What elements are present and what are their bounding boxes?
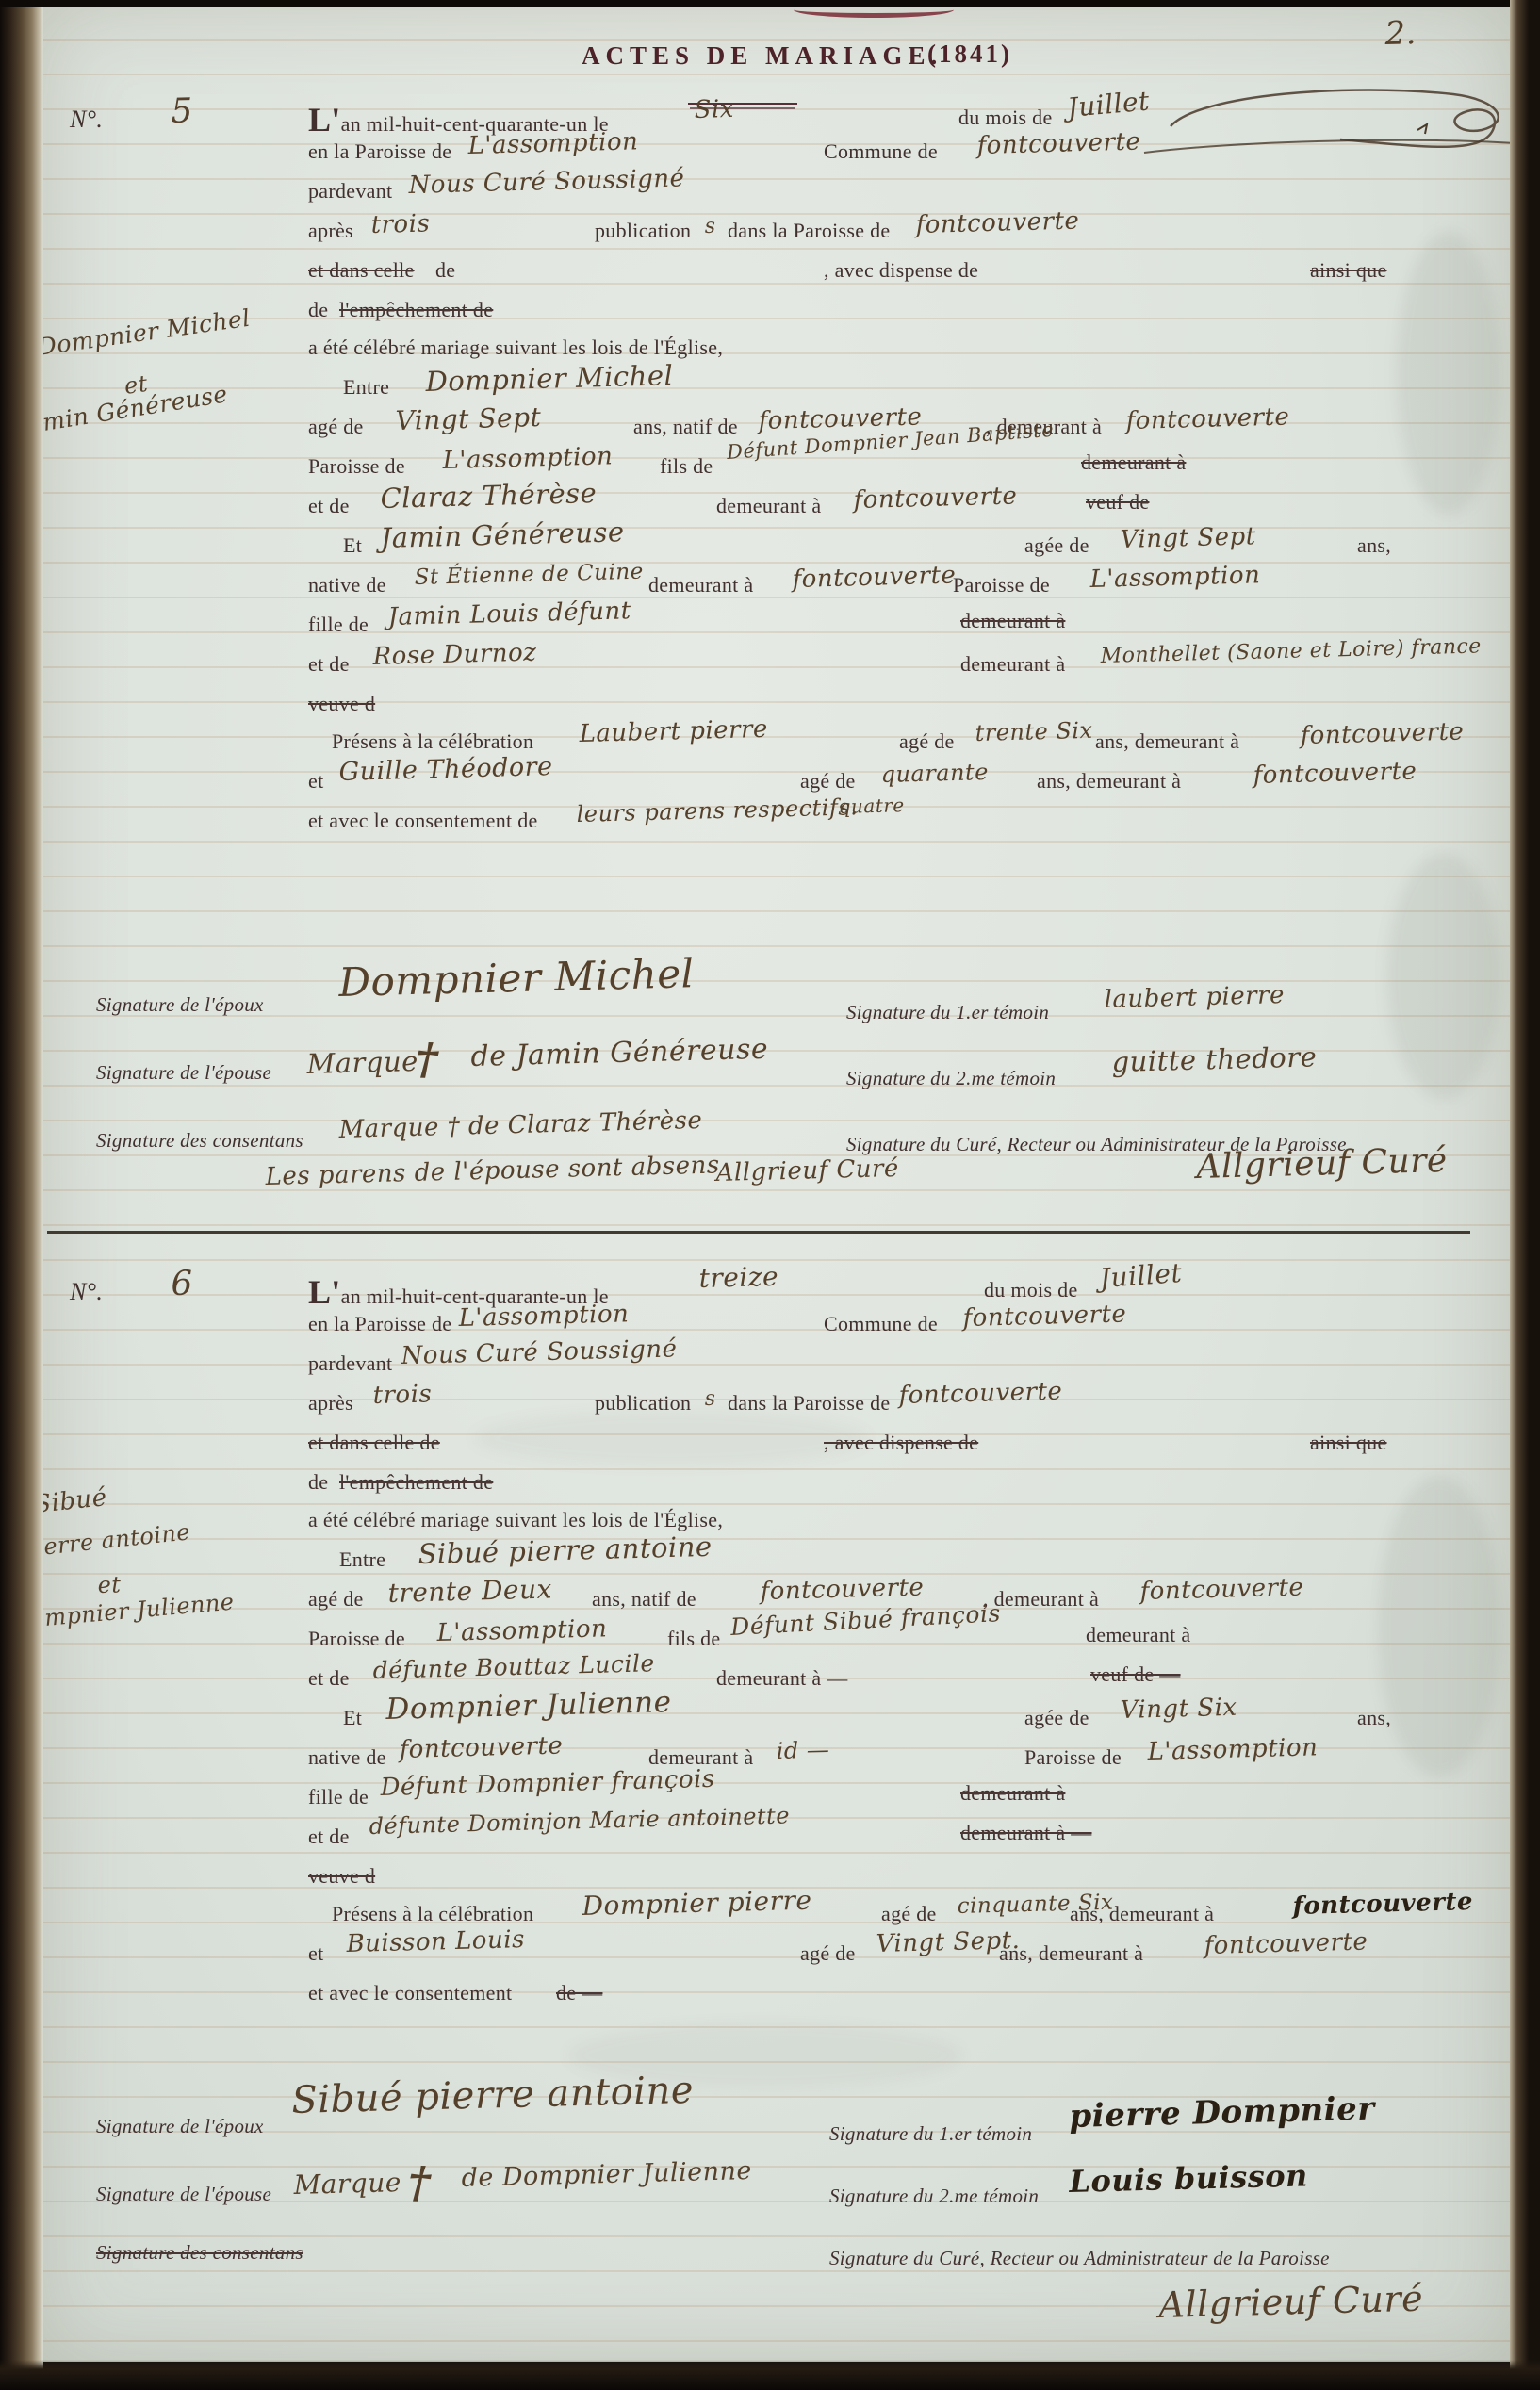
form-label-struck: veuf de — [1086, 490, 1149, 515]
handwritten-entry: id — — [776, 1737, 829, 1764]
handwritten-entry: L'assomption — [436, 1614, 607, 1647]
form-label: agé de — [899, 729, 955, 754]
bride-mark-label: Marque — [293, 2167, 401, 2201]
form-label: ans, — [1357, 533, 1391, 558]
form-label: pardevant — [308, 1351, 392, 1376]
form-label-struck: l'empêchement de — [339, 1470, 493, 1495]
handwritten-entry: Jamin Généreuse — [380, 516, 625, 554]
handwritten-entry: treize — [698, 1261, 778, 1294]
form-label: de — [308, 298, 328, 322]
record-number-label: N°. — [70, 1278, 103, 1306]
groom-signature: Sibué pierre antoine — [291, 2069, 695, 2122]
form-label: Paroisse de — [1024, 1745, 1122, 1770]
paraph-flourish-icon — [1142, 81, 1519, 166]
handwritten-entry: fontcouverte — [962, 1300, 1127, 1333]
page-top-edge — [0, 0, 1540, 7]
handwritten-entry: trois — [370, 209, 430, 239]
witness2-signature: guitte thedore — [1111, 1040, 1318, 1078]
form-label: Paroisse de — [308, 454, 405, 479]
handwritten-entry: Monthellet (Saone et Loire) france — [1100, 634, 1482, 668]
form-label: ans, demeurant à — [1070, 1902, 1214, 1926]
form-label: agé de — [308, 1587, 364, 1612]
form-label: Signature du 1.er témoin — [846, 1001, 1049, 1024]
handwritten-entry: défunte Bouttaz Lucile — [372, 1649, 655, 1684]
form-label: agé de — [800, 769, 856, 794]
form-label: et de — [308, 652, 350, 677]
handwritten-entry: St Étienne de Cuine — [414, 560, 644, 590]
form-label-struck: ainsi que — [1310, 1431, 1387, 1455]
cure-signature: Allgrieuf Curé — [1196, 1141, 1448, 1187]
handwritten-entry: Vingt Sept — [1120, 522, 1256, 554]
form-label-struck: veuve d — [308, 692, 375, 716]
form-label: , avec dispense de — [824, 258, 978, 283]
form-label-struck: de — — [556, 1981, 602, 2005]
bride-mark-label: Marque — [306, 1045, 418, 1080]
form-label: ans, natif de — [592, 1587, 696, 1612]
form-label: publication — [595, 219, 691, 243]
handwritten-entry: fontcouverte — [1204, 1927, 1368, 1960]
page-bottom-edge — [0, 2360, 1540, 2390]
form-label: agé de — [308, 415, 364, 439]
form-label: et avec le consentement de — [308, 809, 538, 833]
handwritten-entry: Buisson Louis — [346, 1925, 525, 1958]
margin-note: pierre antoine — [20, 1518, 191, 1563]
form-label: Signature du 2.me témoin — [846, 1067, 1056, 1090]
form-label: et — [308, 1941, 323, 1966]
bride-signature: de Jamin Généreuse — [470, 1033, 768, 1073]
form-label: ans, demeurant à — [999, 1941, 1143, 1966]
form-label-struck: demeurant à — [960, 1781, 1065, 1806]
form-label: après — [308, 1391, 353, 1416]
form-label: dans la Paroisse de — [728, 1391, 891, 1416]
handwritten-entry: Laubert pierre — [579, 715, 768, 748]
form-label: fille de — [308, 1785, 369, 1809]
form-label: demeurant à — — [716, 1666, 848, 1691]
handwritten-entry: Six — [694, 95, 734, 124]
witness1-signature: laubert pierre — [1104, 981, 1285, 1014]
form-label: Signature de l'épouse — [96, 2183, 271, 2206]
handwritten-entry: L'assomption — [1147, 1733, 1318, 1766]
form-label-struck: veuve d — [308, 1864, 375, 1889]
handwritten-entry: L'assomption — [1089, 561, 1260, 594]
bleed-through-smudge — [473, 1410, 869, 1466]
cross-mark-icon: † — [407, 2156, 432, 2208]
record-number-label: N°. — [70, 106, 103, 134]
form-label: Commune de — [824, 1312, 938, 1336]
handwritten-entry: L'assomption — [458, 1300, 629, 1333]
handwritten-entry: s — [704, 1387, 715, 1411]
handwritten-entry: fontcouverte — [1292, 1888, 1473, 1921]
form-label-struck: demeurant à — [1081, 450, 1186, 475]
bleed-through-smudge — [1397, 232, 1500, 515]
form-label: demeurant à — [648, 573, 753, 597]
form-label: demeurant à — [1086, 1623, 1190, 1647]
paper: ACTES DE MARIAGE. (1841) 2. N°. 5 Dompni… — [40, 6, 1512, 2362]
form-label-struck: demeurant à — [960, 609, 1065, 633]
form-label: et avec le consentement — [308, 1981, 512, 2005]
handwritten-entry: Jamin Louis défunt — [387, 597, 631, 631]
margin-note: Sibué — [33, 1483, 108, 1519]
form-label-struck: Signature des consentans — [96, 2241, 303, 2265]
bleed-through-smudge — [1378, 1476, 1500, 1777]
form-label: Paroisse de — [953, 573, 1050, 597]
handwritten-note: Les parens de l'épouse sont absens — [265, 1151, 720, 1191]
form-label: demeurant à — [960, 652, 1065, 677]
form-label: Et — [343, 1706, 362, 1730]
form-label: de — [435, 258, 455, 283]
form-label-struck: l'empêchement de — [339, 298, 493, 322]
handwritten-entry: fontcouverte — [915, 206, 1080, 239]
handwritten-entry: Vingt Sept — [395, 401, 542, 436]
form-label: native de — [308, 1745, 386, 1770]
page-title: ACTES DE MARIAGE. — [582, 41, 942, 71]
form-label-struck: et dans celle — [308, 258, 415, 283]
handwritten-entry: quarante — [880, 759, 989, 788]
witness1-signature: pierre Dompnier — [1069, 2090, 1375, 2136]
handwritten-entry: fontcouverte — [792, 561, 957, 594]
page-number: 2. — [1384, 14, 1417, 53]
form-label: fille de — [308, 613, 369, 637]
form-label: du mois de — [984, 1278, 1078, 1302]
record-number-value: 6 — [171, 1264, 193, 1303]
handwritten-entry: fontcouverte — [853, 482, 1018, 515]
form-label: fils de — [667, 1627, 720, 1651]
form-label: Signature de l'époux — [96, 2115, 264, 2138]
handwritten-entry: s — [704, 215, 715, 238]
form-label: agé de — [800, 1941, 856, 1966]
form-label: et de — [308, 1666, 350, 1691]
form-label: a été célébré mariage suivant les lois d… — [308, 1508, 723, 1532]
witness2-signature: Louis buisson — [1069, 2157, 1308, 2200]
handwritten-entry: fontcouverte — [898, 1377, 1063, 1410]
form-label: dans la Paroisse de — [728, 219, 891, 243]
form-label-struck: ainsi que — [1310, 258, 1387, 283]
scanned-register-page: ACTES DE MARIAGE. (1841) 2. N°. 5 Dompni… — [0, 0, 1540, 2390]
handwritten-entry: fontcouverte — [1125, 402, 1290, 435]
form-label: publication — [595, 1391, 691, 1416]
handwritten-entry: Guille Théodore — [338, 752, 553, 787]
groom-signature: Dompnier Michel — [338, 950, 695, 1006]
handwritten-entry: défunte Dominjon Marie antoinette — [369, 1802, 790, 1840]
handwritten-entry: fontcouverte — [1253, 757, 1417, 790]
form-label: après — [308, 219, 353, 243]
handwritten-entry: Défunt Dompnier françois — [380, 1765, 715, 1802]
handwritten-entry: Dompnier Julienne — [385, 1685, 672, 1727]
form-label: de — [308, 1470, 328, 1495]
handwritten-entry: Sibué pierre antoine — [418, 1531, 713, 1570]
form-label: en la Paroisse de — [308, 139, 451, 164]
page-year: (1841) — [927, 40, 1012, 69]
form-label: et — [308, 769, 323, 794]
handwritten-entry: Claraz Thérèse — [380, 477, 597, 515]
handwritten-entry: Nous Curé Soussigné — [401, 1334, 678, 1370]
form-label: Signature du Curé, Recteur ou Administra… — [829, 2247, 1330, 2270]
form-label: Paroisse de — [308, 1627, 405, 1651]
form-label: Signature du 2.me témoin — [829, 2185, 1039, 2208]
form-label: en la Paroisse de — [308, 1312, 451, 1336]
handwritten-entry: fontcouverte — [1300, 717, 1465, 750]
form-label-struck: veuf de — — [1090, 1662, 1181, 1687]
form-label-struck: et dans celle de — [308, 1431, 440, 1455]
form-label-struck: demeurant à — — [960, 1821, 1092, 1845]
form-label-struck: , avec dispense de — [824, 1431, 978, 1455]
form-label: Entre — [343, 375, 389, 400]
form-label: native de — [308, 573, 386, 597]
cure-signature-small: Allgrieuf Curé — [715, 1154, 899, 1187]
form-label: agée de — [1024, 1706, 1089, 1730]
handwritten-entry: trois — [372, 1380, 432, 1410]
handwritten-entry: L'assomption — [442, 442, 613, 475]
bride-signature: de Dompnier Julienne — [461, 2156, 752, 2193]
form-label: Signature de l'époux — [96, 993, 264, 1017]
form-label: Signature de l'épouse — [96, 1061, 271, 1085]
record-number-value: 5 — [171, 91, 193, 131]
handwritten-entry: Dompnier Michel — [425, 359, 674, 398]
form-label: Présens à la célébration — [332, 729, 533, 754]
form-label: agé de — [881, 1902, 937, 1926]
handwritten-entry: leurs parens respectifs. — [576, 794, 858, 827]
consent-signature: Marque † de Claraz Thérèse — [338, 1106, 702, 1144]
handwritten-entry: Juillet — [1099, 1257, 1184, 1294]
form-label: agée de — [1024, 533, 1089, 558]
form-label: Et — [343, 533, 362, 558]
handwritten-entry: Nous Curé Soussigné — [408, 164, 685, 200]
margin-note: et — [97, 1571, 122, 1598]
handwritten-entry: Juillet — [1066, 86, 1151, 123]
record-divider — [47, 1231, 1470, 1234]
form-label: demeurant à — [716, 494, 821, 518]
form-label: et de — [308, 1825, 350, 1849]
handwritten-entry: fontcouverte — [976, 127, 1141, 160]
form-label: du mois de — [958, 106, 1053, 130]
form-label: a été célébré mariage suivant les lois d… — [308, 336, 723, 360]
form-label: Entre — [339, 1547, 385, 1572]
cross-mark-icon: † — [415, 1033, 439, 1085]
margin-note: Dompnier Julienne — [11, 1588, 236, 1634]
handwritten-entry: L'assomption — [467, 127, 638, 160]
handwritten-entry: Vingt Six — [1120, 1694, 1237, 1725]
handwritten-entry: fontcouverte — [399, 1731, 564, 1764]
handwritten-entry: fontcouverte — [760, 1573, 925, 1606]
form-label: pardevant — [308, 179, 392, 204]
form-label: ans, demeurant à — [1037, 769, 1181, 794]
form-label: Présens à la célébration — [332, 1902, 533, 1926]
margin-note: Dompnier Michel — [36, 304, 252, 361]
form-label: et de — [308, 494, 350, 518]
page-right-edge — [1510, 0, 1540, 2390]
margin-note: Jamin Généreuse — [16, 380, 229, 440]
handwritten-entry: trente Six — [975, 717, 1093, 746]
form-label: fils de — [660, 454, 713, 479]
handwritten-entry: Dompnier pierre — [582, 1885, 812, 1922]
form-label: Commune de — [824, 139, 938, 164]
handwritten-entry: Rose Durnoz — [372, 638, 537, 671]
book-binding — [0, 0, 43, 2390]
form-label: Signature du 1.er témoin — [829, 2122, 1032, 2146]
form-label: ans, natif de — [633, 415, 738, 439]
bleed-through-smudge — [1387, 854, 1500, 1099]
handwritten-entry: trente Deux — [387, 1573, 552, 1609]
form-label: ans, — [1357, 1706, 1391, 1730]
cure-signature: Allgrieuf Curé — [1158, 2278, 1424, 2326]
form-label: Signature des consentans — [96, 1129, 303, 1153]
handwritten-entry: fontcouverte — [1139, 1573, 1304, 1606]
form-label: ans, demeurant à — [1095, 729, 1239, 754]
